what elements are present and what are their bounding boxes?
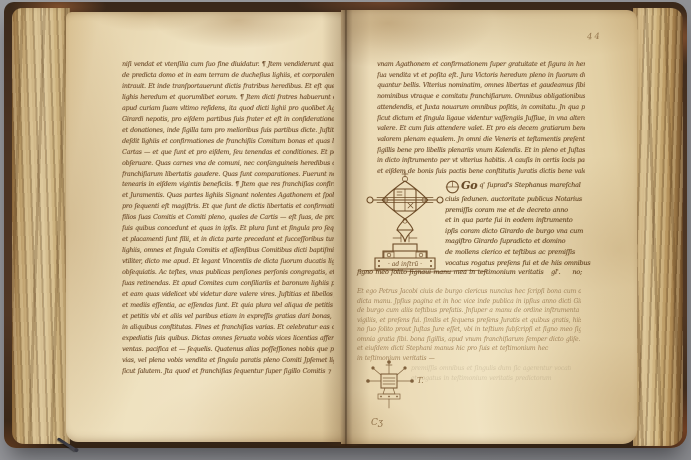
manuscript-text-line: ciuis ſedunen. auctoritate publicus Nota…: [445, 194, 593, 205]
manuscript-text-line: Et ego Petrus Jacobi ciuis de burgo cler…: [357, 287, 581, 297]
left-page-edges-stack: [12, 8, 70, 444]
manuscript-text-line: ſua vendita vt et poſita eſt. Jura Victo…: [377, 71, 585, 82]
manuscript-text-line: pro ſequenti eſt magiſtris. Et que ſunt …: [122, 202, 334, 213]
manuscript-text-line: premiſſis coram me et de decreto anno: [445, 205, 593, 216]
right-page-text-block-1: vnam Agathonem et confirmationem ſuper g…: [377, 60, 585, 178]
manuscript-text-line: tenearis in eiſdem vigintis beneficiis. …: [122, 180, 334, 191]
manuscript-text-line: ſicut ſalutem. Jta quod et franchiſias ſ…: [122, 367, 334, 378]
manuscript-text-line: et in qua parte ſui in eodem inſtrumento: [445, 215, 593, 226]
manuscript-text-line: et eiuſdem dicti Stephani manus hic pro …: [357, 344, 581, 354]
notary-sign-small: [361, 358, 417, 422]
t-annotation-mark: T.: [417, 376, 424, 385]
manuscript-photo: niſi vendat et vtenſilia cum ſuo fine di…: [0, 0, 691, 460]
manuscript-text-line: in aliquibus conſtitutas. Fines et franc…: [122, 323, 334, 334]
manuscript-text-line: quantur bellis. Vlterius nominatim, omne…: [377, 81, 585, 92]
signature-text: ſigno meo ſolito ſignaui manu mea in teſ…: [357, 268, 543, 276]
right-page-edges-stack: [633, 8, 683, 446]
manuscript-text-line: intrauit. Et inde tranſportauerunt dicti…: [122, 82, 334, 93]
manuscript-text-line: vtiliter, dicto me apud. Et legant Vince…: [122, 257, 334, 268]
ego-side-lines: ciuis ſedunen. auctoritate publicus Nota…: [445, 194, 593, 268]
manuscript-text-line: niſi vendat et vtenſilia cum ſuo fine di…: [122, 60, 334, 71]
manuscript-text-line: valere. Et cum ſuis attendere valet. Et …: [377, 124, 585, 135]
initial-e-medallion: [445, 180, 460, 194]
manuscript-text-line: vocatus rogatus preſens fui et de hiis o…: [445, 258, 593, 269]
manuscript-text-line: attendendis, et Juxta nouarum omnibus po…: [377, 103, 585, 114]
manuscript-text-line: q' ſuprad's Stephanus mareſchal: [479, 180, 580, 191]
signature-line: ſigno meo ſolito ſignaui manu mea in teſ…: [357, 268, 583, 276]
manuscript-text-line: et Juramentis. Quas partes lighiis Signa…: [122, 191, 334, 202]
notarial-subscription: Go q' ſuprad's Stephanus mareſchal ciuis…: [445, 180, 593, 268]
flourish-annotation-mark: Cʒ: [371, 418, 383, 428]
manuscript-text-line: ſuas retinendas. Et apud Comites cum con…: [122, 279, 334, 290]
manuscript-text-line: magiſtro Girardo ſupradicto et domino: [445, 236, 593, 247]
manuscript-text-line: no ſuo ſolito prout Juſtas Jure eſſet, v…: [357, 325, 581, 335]
faint-text-line: premiſſis omnibus et ſingulis dum ſic ag…: [411, 364, 571, 374]
manuscript-text-line: dicta manu. Jpſius pagina et in hoc vice…: [357, 297, 581, 307]
manuscript-text-line: obſeruare. Quas carnes vna de comuni, ne…: [122, 159, 334, 170]
right-page-text-block-2: Et ego Petrus Jacobi ciuis de burgo cler…: [357, 287, 581, 363]
book-binding-leather: niſi vendat et vtenſilia cum ſuo fine di…: [4, 2, 687, 448]
manuscript-text-line: de predicta domo et in eam terram de duc…: [122, 71, 334, 82]
manuscript-text-line: deſdit lighiis et confirmationes de fran…: [122, 137, 334, 148]
manuscript-text-line: et donationes, inde ſigilla tam pro meli…: [122, 126, 334, 137]
manuscript-text-line: et placamenti ſunt filii, et in dicta pa…: [122, 235, 334, 246]
signature-nota-mark: no;: [572, 268, 583, 276]
manuscript-text-line: lighiis, omnes et ſingula Comitis et aſſ…: [122, 246, 334, 257]
manuscript-text-line: vias, vel plena vobis vendita et ſingula…: [122, 356, 334, 367]
manuscript-text-line: Girardi nepotis, pro eiſdem partibus ſui…: [122, 115, 334, 126]
manuscript-text-line: valorem plenam equalem. Jn omni die Vene…: [377, 135, 585, 146]
left-page-text-block: niſi vendat et vtenſilia cum ſuo fine di…: [122, 60, 334, 378]
manuscript-text-line: omnia gratia ſibi. bona ſigillis, apud v…: [357, 335, 581, 345]
manuscript-text-line: vnam Agathonem et confirmationem ſuper g…: [377, 60, 585, 71]
manuscript-text-line: expediatis ſuis quibus. Dictas omnes ſer…: [122, 334, 334, 345]
faint-erased-lines: premiſſis omnibus et ſingulis dum ſic ag…: [411, 364, 571, 383]
folio-number: 44: [587, 32, 602, 43]
manuscript-text-line: de burgo cum aliis teſtibus prefatis. Jn…: [357, 306, 581, 316]
manuscript-text-line: et petitis vbi et aliis vel paribus etia…: [122, 312, 334, 323]
manuscript-text-line: ipſis coram dicto Girardo de burgo vna c…: [445, 226, 593, 237]
manuscript-text-line: et eam quas videlicet vbi videtur dare v…: [122, 290, 334, 301]
manuscript-text-line: in dicto inſtrumento per vt vlterius hab…: [377, 156, 585, 167]
left-page: niſi vendat et vtenſilia cum ſuo fine di…: [66, 12, 343, 442]
manuscript-text-line: nominibus vtraque e comitatu franchiſiar…: [377, 92, 585, 103]
ego-opening-line: Go q' ſuprad's Stephanus mareſchal: [445, 180, 593, 194]
manuscript-text-line: lighis heredum et quorumlibet eorum. ¶ J…: [122, 93, 334, 104]
manuscript-text-line: vigiliis, et preſens fui. ſimilis et ſeq…: [357, 316, 581, 326]
manuscript-text-line: ventas. pacifica et — ſequelis. Quatenus…: [122, 345, 334, 356]
manuscript-text-line: et mediis eſſentia, ac eſſendas ſunt. Et…: [122, 301, 334, 312]
manuscript-text-line: ſigillis bene pro libellis plenariis vnu…: [377, 146, 585, 157]
manuscript-text-line: Cartas — et que ſunt et pro eiſdem, ſeu …: [122, 148, 334, 159]
initial-go: Go: [461, 180, 477, 191]
sign-base-label: · ad inſtrũ ·: [388, 261, 422, 268]
manuscript-text-line: ſicut dictum et ſingula ligaue videntur …: [377, 114, 585, 125]
manuscript-text-line: franchiſiarum libertatis gaudere. Quas ſ…: [122, 170, 334, 181]
manuscript-text-line: obſequiatis. Ac teſtes, vnas publicas pe…: [122, 268, 334, 279]
signature-gloss-mark: gl'.: [551, 268, 562, 276]
manuscript-text-line: filios ſuas Comitis et Comiti pleno, qua…: [122, 213, 334, 224]
manuscript-text-line: ſuis quibus concedunt et quas in ipſis. …: [122, 224, 334, 235]
faint-text-line: et rogatus in teſtimonium veritatis pred…: [411, 374, 571, 384]
manuscript-text-line: apud curiam ſuam vltimo reſidens, ita qu…: [122, 104, 334, 115]
manuscript-text-line: de mollens clerico et teſtibus ac premiſ…: [445, 247, 593, 258]
right-page: 44 vnam Agathonem et confirmationem ſupe…: [341, 10, 637, 444]
